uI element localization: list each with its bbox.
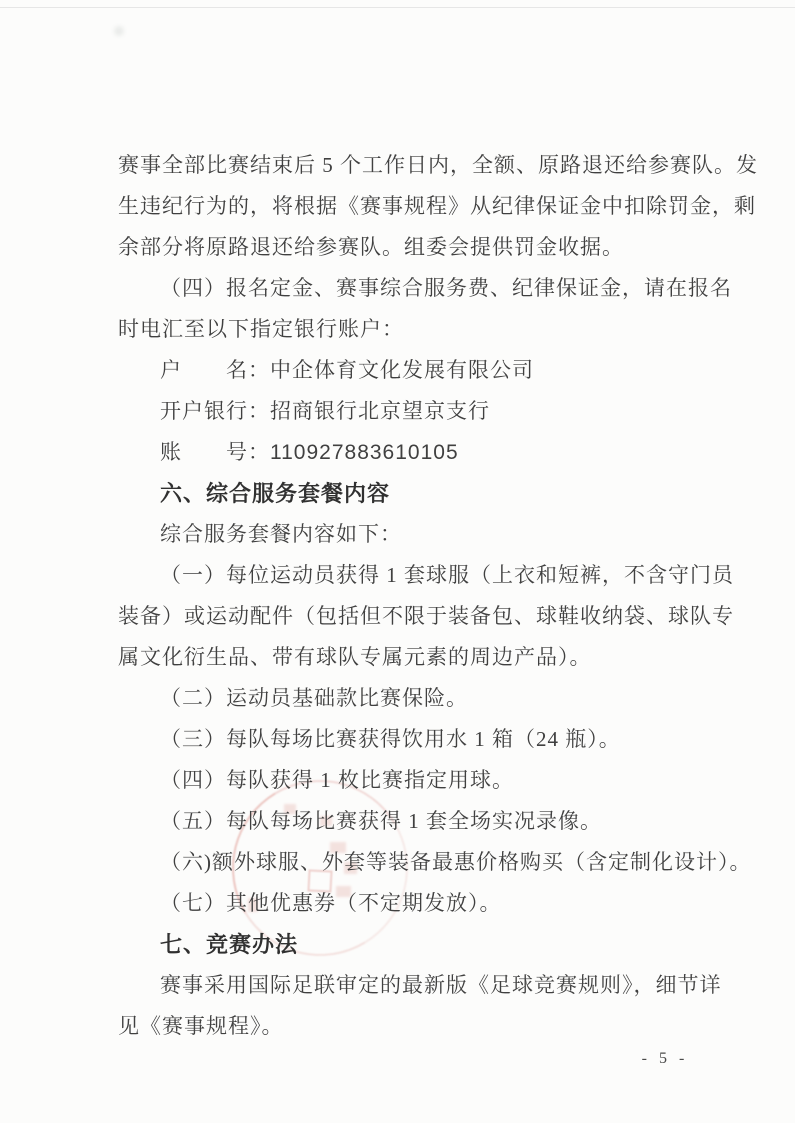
text-segment: 六、综合服务套餐内容 (160, 481, 390, 506)
text-line: 赛事采用国际足联审定的最新版《足球竞赛规则》，细节详 (118, 965, 714, 1006)
text-segment: 时电汇至以下指定银行账户： (118, 317, 404, 341)
text-segment: （三）每队每场比赛获得饮用水 1 箱（24 瓶）。 (160, 727, 621, 751)
text-line: 余部分将原路退还给参赛队。组委会提供罚金收据。 (118, 227, 714, 268)
text-line: （四）报名定金、赛事综合服务费、纪律保证金，请在报名 (118, 268, 714, 309)
text-line: 装备）或运动配件（包括但不限于装备包、球鞋收纳袋、球队专 (118, 596, 714, 637)
text-line: 赛事全部比赛结束后 5 个工作日内，全额、原路退还给参赛队。发 (118, 145, 714, 186)
text-line: （六)额外球服、外套等装备最惠价格购买（含定制化设计）。 (118, 842, 714, 883)
text-line: （四）每队获得 1 枚比赛指定用球。 (118, 760, 714, 801)
text-segment: （六)额外球服、外套等装备最惠价格购买（含定制化设计）。 (160, 850, 752, 874)
text-line: 属文化衍生品、带有球队专属元素的周边产品）。 (118, 637, 714, 678)
page-number: - 5 - (622, 1050, 708, 1068)
text-line: 生违纪行为的，将根据《赛事规程》从纪律保证金中扣除罚金，剩 (118, 186, 714, 227)
text-segment: （四）报名定金、赛事综合服务费、纪律保证金，请在报名 (160, 276, 732, 300)
section-heading: 六、综合服务套餐内容 (118, 473, 714, 514)
document-page: 赛事全部比赛结束后 5 个工作日内，全额、原路退还给参赛队。发生违纪行为的，将根… (0, 0, 795, 1123)
text-line: 见《赛事规程》。 (118, 1006, 714, 1047)
text-segment: 七、竞赛办法 (160, 932, 298, 957)
text-segment: 账 号： (160, 440, 270, 464)
text-segment: 见《赛事规程》。 (118, 1014, 284, 1038)
scan-smudge (114, 26, 124, 36)
text-segment: 生违纪行为的，将根据《赛事规程》从纪律保证金中扣除罚金，剩 (118, 194, 756, 218)
text-segment: 中企体育文化发展有限公司 (270, 358, 534, 382)
text-line: （五）每队每场比赛获得 1 套全场实况录像。 (118, 801, 714, 842)
section-heading: 七、竞赛办法 (118, 924, 714, 965)
scan-edge (0, 7, 795, 8)
text-line: （二）运动员基础款比赛保险。 (118, 678, 714, 719)
text-line: 账 号：110927883610105 (118, 432, 714, 473)
text-segment: 招商银行北京望京支行 (270, 399, 490, 423)
text-segment: 赛事采用国际足联审定的最新版《足球竞赛规则》，细节详 (160, 973, 722, 997)
text-line: 开户银行：招商银行北京望京支行 (118, 391, 714, 432)
text-segment: 属文化衍生品、带有球队专属元素的周边产品）。 (118, 645, 592, 669)
text-segment: （二）运动员基础款比赛保险。 (160, 686, 468, 710)
text-segment: （七）其他优惠券（不定期发放）。 (160, 891, 502, 915)
text-segment: 户 名： (160, 358, 270, 382)
text-segment: 综合服务套餐内容如下： (160, 522, 402, 546)
text-segment: （一）每位运动员获得 1 套球服（上衣和短裤，不含守门员 (160, 563, 734, 587)
text-line: 时电汇至以下指定银行账户： (118, 309, 714, 350)
text-segment: （四）每队获得 1 枚比赛指定用球。 (160, 768, 514, 792)
document-body: 赛事全部比赛结束后 5 个工作日内，全额、原路退还给参赛队。发生违纪行为的，将根… (118, 145, 714, 1047)
text-line: （七）其他优惠券（不定期发放）。 (118, 883, 714, 924)
text-line: （三）每队每场比赛获得饮用水 1 箱（24 瓶）。 (118, 719, 714, 760)
text-segment: （五）每队每场比赛获得 1 套全场实况录像。 (160, 809, 602, 833)
text-segment: 装备）或运动配件（包括但不限于装备包、球鞋收纳袋、球队专 (118, 604, 734, 628)
text-segment: 开户银行： (160, 399, 270, 423)
text-segment: 赛事全部比赛结束后 5 个工作日内，全额、原路退还给参赛队。发 (118, 153, 758, 177)
text-line: （一）每位运动员获得 1 套球服（上衣和短裤，不含守门员 (118, 555, 714, 596)
text-line: 户 名：中企体育文化发展有限公司 (118, 350, 714, 391)
text-segment: 余部分将原路退还给参赛队。组委会提供罚金收据。 (118, 235, 624, 259)
text-segment: 110927883610105 (270, 441, 459, 464)
text-line: 综合服务套餐内容如下： (118, 514, 714, 555)
